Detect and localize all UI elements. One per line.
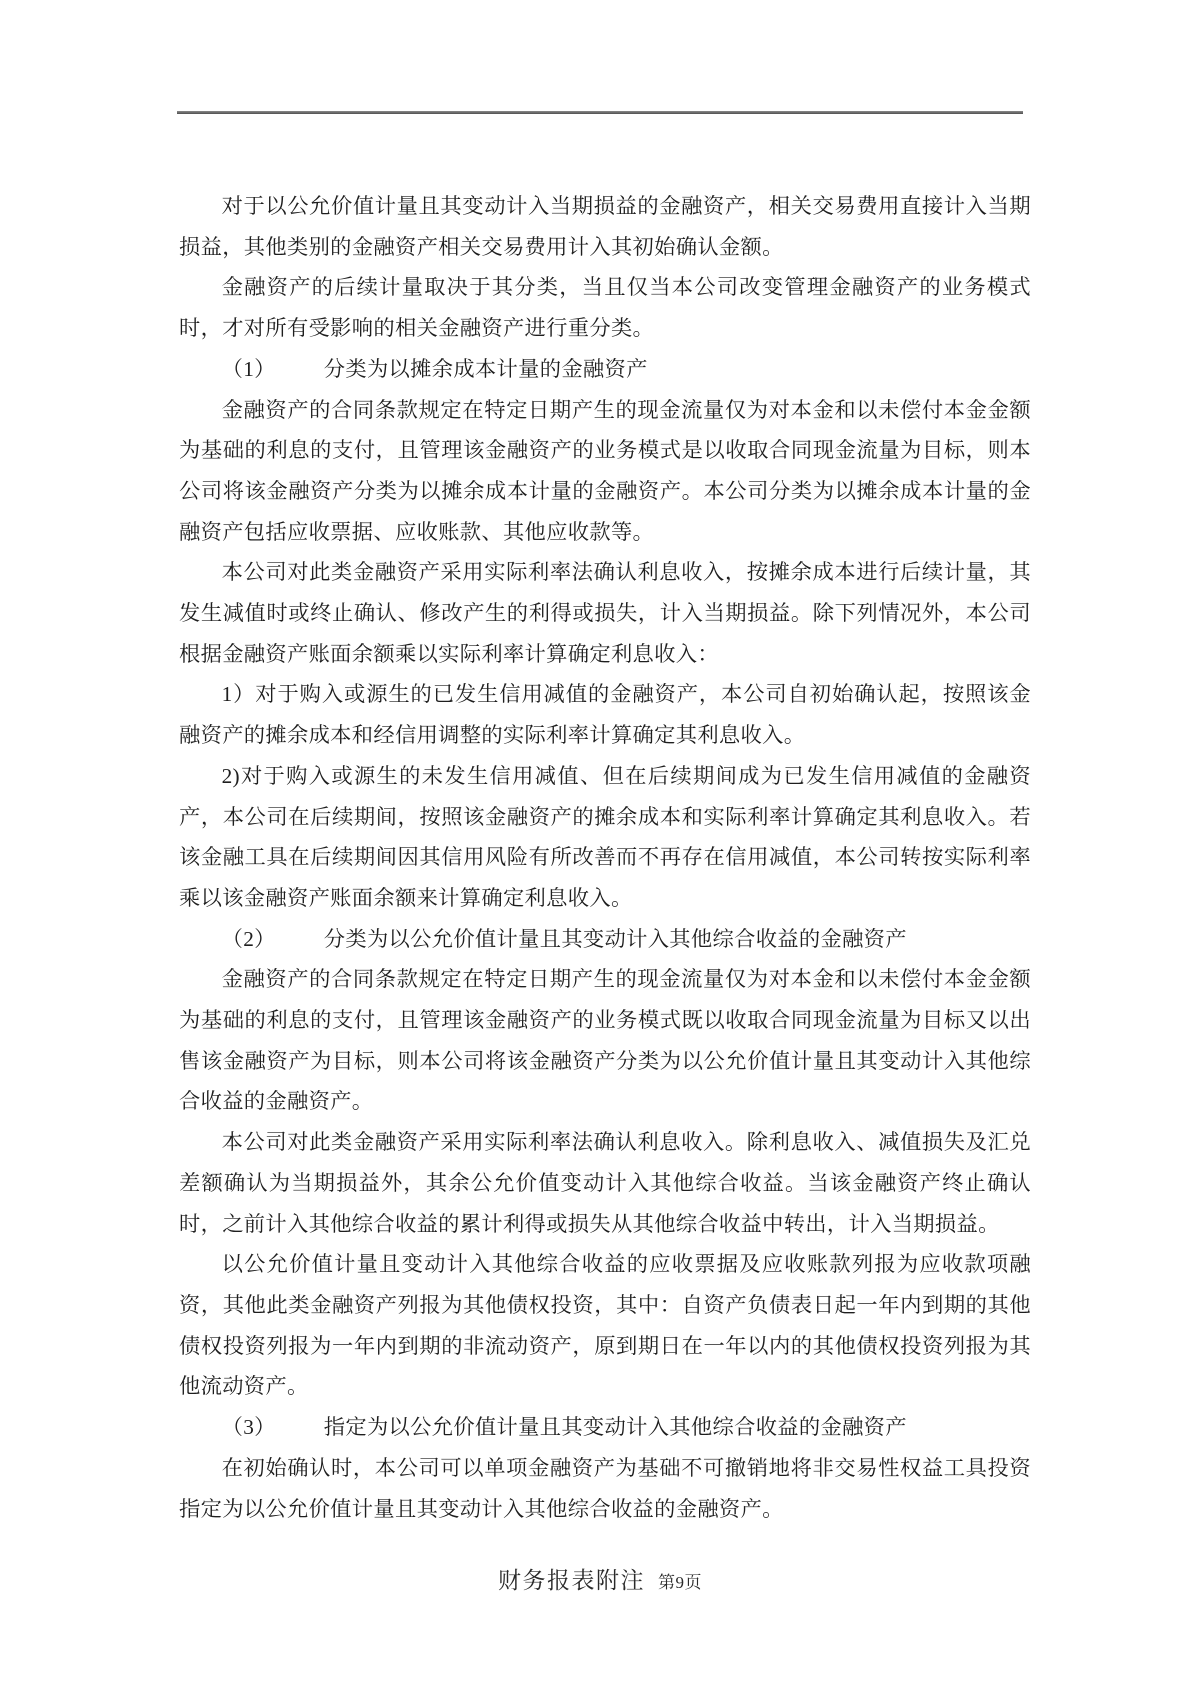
- footer-title: 财务报表附注: [498, 1568, 645, 1593]
- paragraph: 对于以公允价值计量且其变动计入当期损益的金融资产，相关交易费用直接计入当期损益，…: [179, 186, 1031, 267]
- numbered-item-heading: （2）分类为以公允价值计量且其变动计入其他综合收益的金融资产: [179, 919, 1031, 960]
- paragraph: 金融资产的后续计量取决于其分类，当且仅当本公司改变管理金融资产的业务模式时，才对…: [179, 267, 1031, 348]
- item-number: （3）: [222, 1415, 276, 1439]
- paragraph: 2)对于购入或源生的未发生信用减值、但在后续期间成为已发生信用减值的金融资产，本…: [179, 756, 1031, 919]
- item-number: （2）: [222, 927, 276, 951]
- numbered-item-heading: （3）指定为以公允价值计量且其变动计入其他综合收益的金融资产: [179, 1407, 1031, 1448]
- item-number: （1）: [222, 357, 276, 381]
- item-title: 分类为以公允价值计量且其变动计入其他综合收益的金融资产: [324, 927, 907, 951]
- paragraph: 本公司对此类金融资产采用实际利率法确认利息收入，按摊余成本进行后续计量，其发生减…: [179, 552, 1031, 674]
- paragraph: 本公司对此类金融资产采用实际利率法确认利息收入。除利息收入、减值损失及汇兑差额确…: [179, 1122, 1031, 1244]
- document-page: 对于以公允价值计量且其变动计入当期损益的金融资产，相关交易费用直接计入当期损益，…: [0, 0, 1200, 1699]
- paragraph: 金融资产的合同条款规定在特定日期产生的现金流量仅为对本金和以未偿付本金金额为基础…: [179, 390, 1031, 553]
- paragraph: 以公允价值计量且变动计入其他综合收益的应收票据及应收账款列报为应收款项融资，其他…: [179, 1244, 1031, 1407]
- paragraph: 1）对于购入或源生的已发生信用减值的金融资产，本公司自初始确认起，按照该金融资产…: [179, 674, 1031, 755]
- numbered-item-heading: （1）分类为以摊余成本计量的金融资产: [179, 349, 1031, 390]
- header-rule: [177, 111, 1023, 114]
- paragraph: 在初始确认时，本公司可以单项金融资产为基础不可撤销地将非交易性权益工具投资指定为…: [179, 1448, 1031, 1529]
- item-title: 指定为以公允价值计量且其变动计入其他综合收益的金融资产: [324, 1415, 907, 1439]
- body-text-block: 对于以公允价值计量且其变动计入当期损益的金融资产，相关交易费用直接计入当期损益，…: [179, 186, 1031, 1529]
- footer-page-number: 第9页: [658, 1573, 702, 1592]
- item-title: 分类为以摊余成本计量的金融资产: [324, 357, 648, 381]
- paragraph: 金融资产的合同条款规定在特定日期产生的现金流量仅为对本金和以未偿付本金金额为基础…: [179, 959, 1031, 1122]
- page-footer: 财务报表附注第9页: [0, 1562, 1200, 1595]
